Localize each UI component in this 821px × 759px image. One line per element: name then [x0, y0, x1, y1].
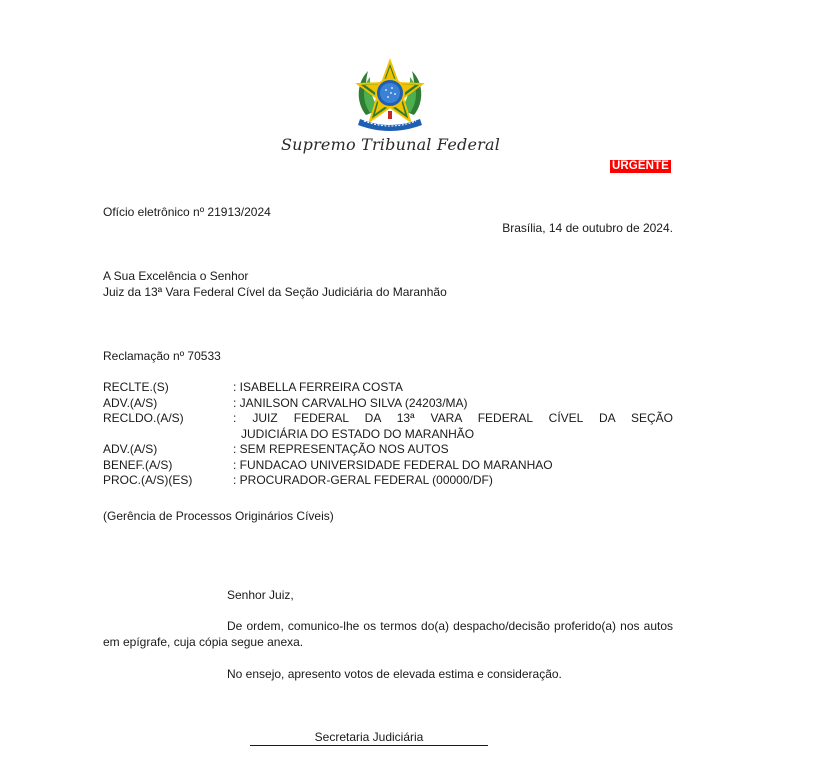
party-row: RECLTE.(S) : ISABELLA FERREIRA COSTA — [103, 380, 673, 396]
body-paragraph-2: No ensejo, apresento votos de elevada es… — [227, 667, 562, 682]
party-value: : JANILSON CARVALHO SILVA (24203/MA) — [233, 396, 673, 412]
party-row: PROC.(A/S)(ES) : PROCURADOR-GERAL FEDERA… — [103, 473, 673, 489]
department: (Gerência de Processos Originários Cívei… — [103, 509, 334, 524]
party-label: RECLTE.(S) — [103, 380, 233, 396]
party-value: : SEM REPRESENTAÇÃO NOS AUTOS — [233, 442, 673, 458]
brazil-coat-of-arms-icon — [352, 57, 428, 133]
addressee-name: Juiz da 13ª Vara Federal Cível da Seção … — [103, 285, 447, 300]
party-row: RECLDO.(A/S) : JUIZ FEDERAL DA 13ª VARA … — [103, 411, 673, 427]
party-row: BENEF.(A/S) : FUNDACAO UNIVERSIDADE FEDE… — [103, 458, 673, 474]
party-row: ADV.(A/S) : JANILSON CARVALHO SILVA (242… — [103, 396, 673, 412]
salutation: Senhor Juiz, — [227, 588, 294, 603]
party-label: ADV.(A/S) — [103, 442, 233, 458]
party-value: : JUIZ FEDERAL DA 13ª VARA FEDERAL CÍVEL… — [233, 411, 673, 427]
oficio-number: Ofício eletrônico nº 21913/2024 — [103, 205, 271, 220]
place-date: Brasília, 14 de outubro de 2024. — [502, 221, 673, 236]
body-paragraph-1: De ordem, comunico-lhe os termos do(a) d… — [103, 619, 673, 650]
case-title: Reclamação nº 70533 — [103, 349, 221, 364]
addressee-title: A Sua Excelência o Senhor — [103, 269, 248, 284]
party-label: ADV.(A/S) — [103, 396, 233, 412]
party-label: RECLDO.(A/S) — [103, 411, 233, 427]
party-label: BENEF.(A/S) — [103, 458, 233, 474]
party-label-empty — [103, 427, 233, 443]
signature-line: Secretaria Judiciária — [250, 730, 488, 746]
parties-table: RECLTE.(S) : ISABELLA FERREIRA COSTA ADV… — [103, 380, 673, 489]
party-value: : PROCURADOR-GERAL FEDERAL (00000/DF) — [233, 473, 673, 489]
party-value-continuation: JUDICIÁRIA DO ESTADO DO MARANHÃO — [233, 427, 673, 443]
urgent-badge: URGENTE — [610, 160, 671, 173]
party-row-continuation: JUDICIÁRIA DO ESTADO DO MARANHÃO — [103, 427, 673, 443]
party-label: PROC.(A/S)(ES) — [103, 473, 233, 489]
party-value: : FUNDACAO UNIVERSIDADE FEDERAL DO MARAN… — [233, 458, 673, 474]
party-row: ADV.(A/S) : SEM REPRESENTAÇÃO NOS AUTOS — [103, 442, 673, 458]
court-name: Supremo Tribunal Federal — [278, 135, 503, 154]
party-value: : ISABELLA FERREIRA COSTA — [233, 380, 673, 396]
